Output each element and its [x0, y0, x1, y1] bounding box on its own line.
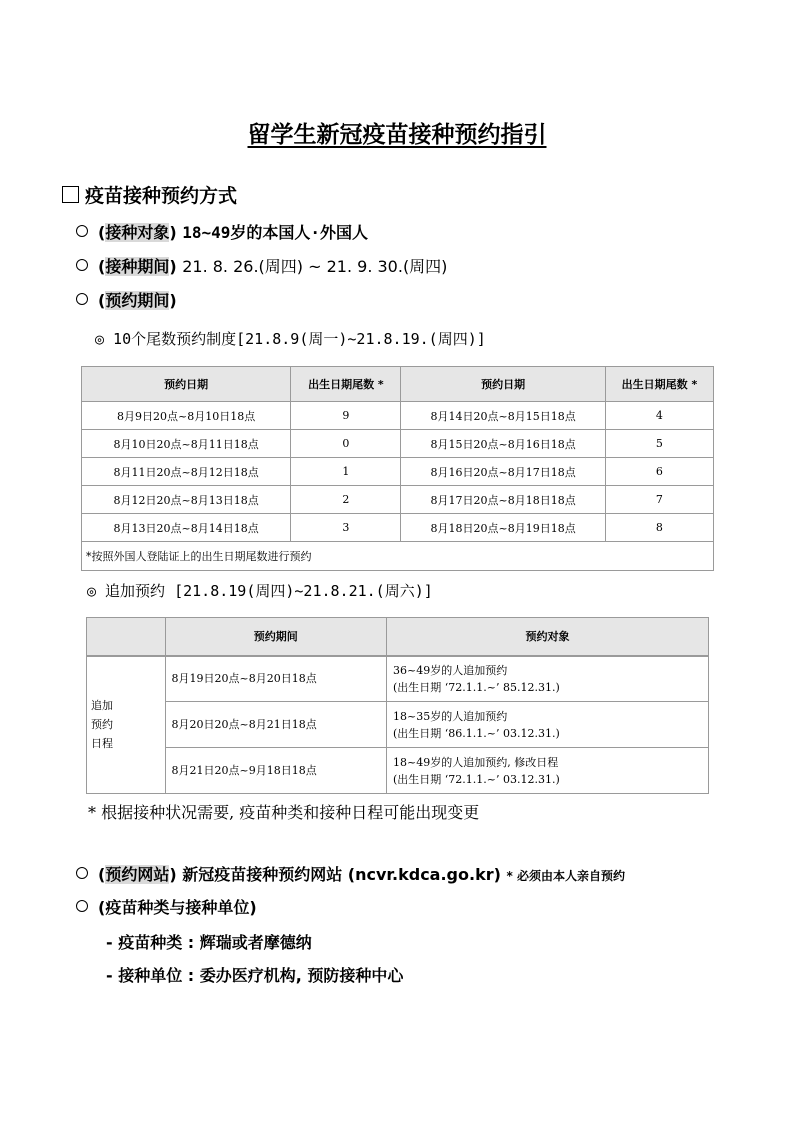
header-cell: 预约对象	[386, 618, 708, 656]
section-heading: 疫苗接种预约方式	[62, 181, 237, 208]
website-text: 新冠疫苗接种预约网站 (ncvr.kdca.go.kr)	[182, 865, 501, 884]
table-cell: 8月10日20点~8月11日18点	[82, 430, 291, 458]
table-cell: 4	[605, 402, 713, 430]
checkbox-square-icon	[62, 186, 79, 203]
table-footnote: *按照外国人登陆证上的出生日期尾数进行预约	[82, 542, 714, 571]
table-row: 追加 预约 日程 8月19日20点~8月20日18点 36~49岁的人追加预约 …	[87, 656, 709, 702]
header-cell: 出生日期尾数 *	[605, 367, 713, 402]
target-line: (出生日期 ‘72.1.1.~’ 85.12.31.)	[393, 679, 708, 696]
table-header-row: 预约期间 预约对象	[87, 618, 709, 656]
circle-bullet-icon	[76, 900, 88, 912]
bullet-vaccine: (疫苗种类与接种单位)	[76, 895, 257, 918]
target-line: (出生日期 ‘86.1.1.~’ 03.12.31.)	[393, 725, 708, 742]
table-cell: 0	[291, 430, 401, 458]
table-cell: 8	[605, 514, 713, 542]
schedule2-heading: ◎ 追加预约 [21.8.19(周四)~21.8.21.(周六)]	[87, 580, 433, 601]
document-title-text: 留学生新冠疫苗接种预约指引	[248, 122, 547, 148]
table-cell: 8月15日20点~8月16日18点	[401, 430, 605, 458]
header-cell: 预约日期	[401, 367, 605, 402]
bullet-text: 18~49岁的本国人·外国人	[182, 223, 368, 242]
table-row: 8月20日20点~8月21日18点 18~35岁的人追加预约 (出生日期 ‘86…	[87, 702, 709, 748]
table-cell: 8月12日20点~8月13日18点	[82, 486, 291, 514]
table-cell: 8月9日20点~8月10日18点	[82, 402, 291, 430]
table-cell: 6	[605, 458, 713, 486]
header-cell: 预约期间	[165, 618, 386, 656]
target-cell: 18~35岁的人追加预约 (出生日期 ‘86.1.1.~’ 03.12.31.)	[386, 702, 708, 748]
period-cell: 8月20日20点~8月21日18点	[165, 702, 386, 748]
row-label-line: 追加	[91, 696, 165, 715]
table-cell: 9	[291, 402, 401, 430]
table-row: 8月13日20点~8月14日18点 3 8月18日20点~8月19日18点 8	[82, 514, 714, 542]
bullet-target: (接种对象) 18~49岁的本国人·外国人	[76, 220, 368, 243]
table-cell: 8月11日20点~8月12日18点	[82, 458, 291, 486]
table-row: 8月21日20点~9月18日18点 18~49岁的人追加预约, 修改日程 (出生…	[87, 748, 709, 794]
bullet-tag: 接种对象	[105, 223, 169, 242]
table-row: 8月10日20点~8月11日18点 0 8月15日20点~8月16日18点 5	[82, 430, 714, 458]
table-row: 8月12日20点~8月13日18点 2 8月17日20点~8月18日18点 7	[82, 486, 714, 514]
row-label-line: 预约	[91, 715, 165, 734]
table-cell: 1	[291, 458, 401, 486]
schedule1-table: 预约日期 出生日期尾数 * 预约日期 出生日期尾数 * 8月9日20点~8月10…	[81, 366, 714, 571]
row-label-line: 日程	[91, 734, 165, 753]
circle-bullet-icon	[76, 225, 88, 237]
change-notice: * 根据接种状况需要, 疫苗种类和接种日程可能出现变更	[88, 800, 479, 823]
vaccine-type-item: - 疫苗种类 : 辉瑞或者摩德纳	[106, 930, 312, 953]
bullet-tag: 接种期间	[105, 257, 169, 276]
bullet-text: 21. 8. 26.(周四) ~ 21. 9. 30.(周四)	[182, 257, 447, 276]
target-line: 18~49岁的人追加预约, 修改日程	[393, 754, 708, 771]
schedule1-heading: ◎ 10个尾数预约制度[21.8.9(周一)~21.8.19.(周四)]	[95, 328, 486, 349]
header-cell	[87, 618, 166, 656]
table-cell: 8月18日20点~8月19日18点	[401, 514, 605, 542]
bullet-tag: 预约期间	[105, 291, 169, 310]
vaccine-site-item: - 接种单位 : 委办医疗机构, 预防接种中心	[106, 963, 403, 986]
bullet-period: (接种期间) 21. 8. 26.(周四) ~ 21. 9. 30.(周四)	[76, 254, 447, 277]
target-cell: 18~49岁的人追加预约, 修改日程 (出生日期 ‘72.1.1.~’ 03.1…	[386, 748, 708, 794]
table-cell: 8月13日20点~8月14日18点	[82, 514, 291, 542]
header-cell: 出生日期尾数 *	[291, 367, 401, 402]
target-line: 36~49岁的人追加预约	[393, 662, 708, 679]
row-group-label: 追加 预约 日程	[87, 656, 166, 794]
circle-bullet-icon	[76, 293, 88, 305]
period-cell: 8月19日20点~8月20日18点	[165, 656, 386, 702]
table-row: 8月9日20点~8月10日18点 9 8月14日20点~8月15日18点 4	[82, 402, 714, 430]
period-cell: 8月21日20点~9月18日18点	[165, 748, 386, 794]
bullet-website: (预约网站) 新冠疫苗接种预约网站 (ncvr.kdca.go.kr) * 必须…	[76, 862, 625, 885]
table-header-row: 预约日期 出生日期尾数 * 预约日期 出生日期尾数 *	[82, 367, 714, 402]
table-row: 8月11日20点~8月12日18点 1 8月16日20点~8月17日18点 6	[82, 458, 714, 486]
table-cell: 3	[291, 514, 401, 542]
document-title: 留学生新冠疫苗接种预约指引	[0, 116, 794, 149]
section-heading-label: 疫苗接种预约方式	[85, 185, 237, 207]
table-cell: 7	[605, 486, 713, 514]
bullet-booking-period: (预约期间)	[76, 288, 177, 311]
table-cell: 8月17日20点~8月18日18点	[401, 486, 605, 514]
table-cell: 8月14日20点~8月15日18点	[401, 402, 605, 430]
circle-bullet-icon	[76, 867, 88, 879]
target-cell: 36~49岁的人追加预约 (出生日期 ‘72.1.1.~’ 85.12.31.)	[386, 656, 708, 702]
bullet-tag: (疫苗种类与接种单位)	[98, 898, 257, 917]
circle-bullet-icon	[76, 259, 88, 271]
target-line: 18~35岁的人追加预约	[393, 708, 708, 725]
table-footnote-row: *按照外国人登陆证上的出生日期尾数进行预约	[82, 542, 714, 571]
target-line: (出生日期 ‘72.1.1.~’ 03.12.31.)	[393, 771, 708, 788]
website-note: * 必须由本人亲自预约	[507, 869, 625, 883]
table-cell: 8月16日20点~8月17日18点	[401, 458, 605, 486]
table-cell: 5	[605, 430, 713, 458]
bullet-tag: 预约网站	[105, 865, 169, 884]
header-cell: 预约日期	[82, 367, 291, 402]
schedule2-table: 预约期间 预约对象 追加 预约 日程 8月19日20点~8月20日18点 36~…	[86, 617, 709, 794]
table-cell: 2	[291, 486, 401, 514]
